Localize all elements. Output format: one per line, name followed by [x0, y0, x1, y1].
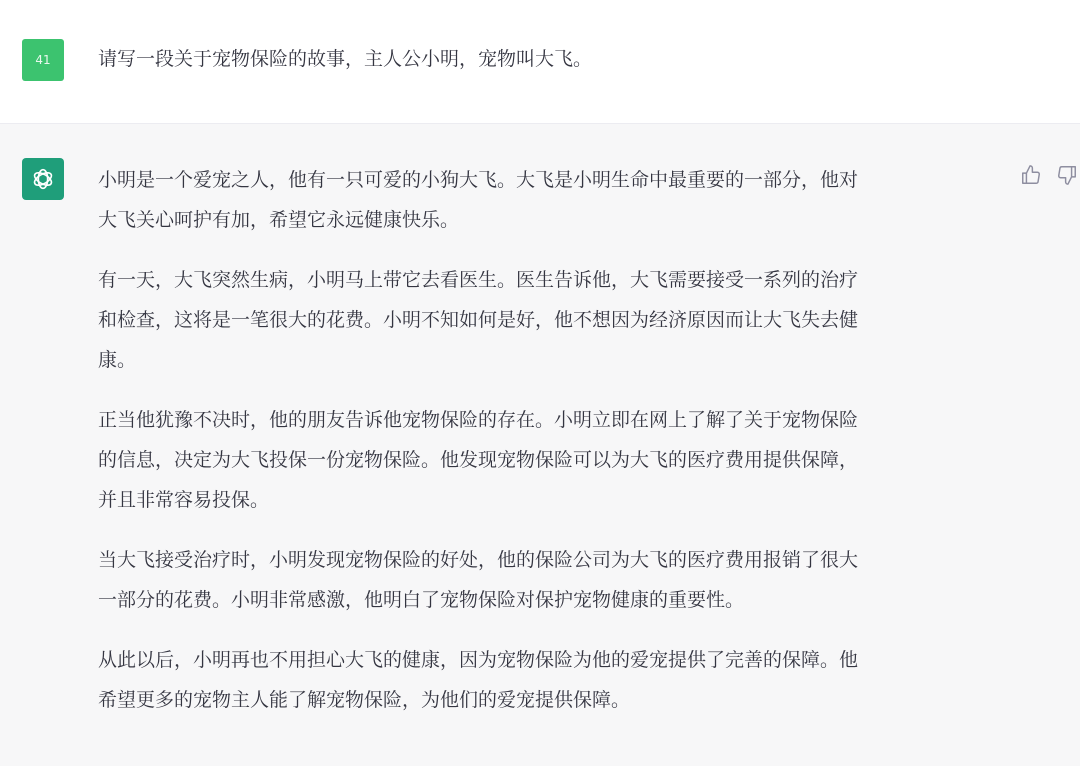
thumbs-down-button[interactable] — [1056, 164, 1078, 186]
assistant-message-content: 小明是一个爱宠之人，他有一只可爱的小狗大飞。大飞是小明生命中最重要的一部分，他对… — [98, 160, 998, 740]
text-line: 一部分的花费。小明非常感激，他明白了宠物保险对保护宠物健康的重要性。 — [98, 589, 744, 611]
paragraph-1: 小明是一个爱宠之人，他有一只可爱的小狗大飞。大飞是小明生命中最重要的一部分，他对… — [98, 160, 998, 240]
text-line: 当大飞接受治疗时，小明发现宠物保险的好处，他的保险公司为大飞的医疗费用报销了很大 — [98, 549, 858, 571]
text-line: 从此以后，小明再也不用担心大飞的健康，因为宠物保险为他的爱宠提供了完善的保障。他 — [98, 649, 858, 671]
thumbs-up-button[interactable] — [1020, 164, 1042, 186]
text-line: 和检查，这将是一笔很大的花费。小明不知如何是好，他不想因为经济原因而让大飞失去健 — [98, 309, 858, 331]
text-line: 正当他犹豫不决时，他的朋友告诉他宠物保险的存在。小明立即在网上了解了关于宠物保险 — [98, 409, 858, 431]
text-line: 康。 — [98, 349, 136, 371]
user-message-text: 请写一段关于宠物保险的故事，主人公小明，宠物叫大飞。 — [98, 45, 592, 73]
text-line: 大飞关心呵护有加，希望它永远健康快乐。 — [98, 209, 459, 231]
text-line: 小明是一个爱宠之人，他有一只可爱的小狗大飞。大飞是小明生命中最重要的一部分，他对 — [98, 169, 858, 191]
user-avatar: 41 — [22, 39, 64, 81]
thumbs-up-icon — [1020, 164, 1042, 186]
assistant-message-row: 小明是一个爱宠之人，他有一只可爱的小狗大飞。大飞是小明生命中最重要的一部分，他对… — [0, 124, 1080, 766]
text-line: 希望更多的宠物主人能了解宠物保险，为他们的爱宠提供保障。 — [98, 689, 630, 711]
text-line: 有一天，大飞突然生病，小明马上带它去看医生。医生告诉他，大飞需要接受一系列的治疗 — [98, 269, 858, 291]
paragraph-5: 从此以后，小明再也不用担心大飞的健康，因为宠物保险为他的爱宠提供了完善的保障。他… — [98, 640, 998, 720]
paragraph-4: 当大飞接受治疗时，小明发现宠物保险的好处，他的保险公司为大飞的医疗费用报销了很大… — [98, 540, 998, 620]
feedback-buttons — [1020, 164, 1078, 186]
user-avatar-label: 41 — [35, 53, 50, 67]
user-message-row: 41 请写一段关于宠物保险的故事，主人公小明，宠物叫大飞。 — [0, 0, 1080, 124]
assistant-avatar — [22, 158, 64, 200]
paragraph-2: 有一天，大飞突然生病，小明马上带它去看医生。医生告诉他，大飞需要接受一系列的治疗… — [98, 260, 998, 380]
thumbs-down-icon — [1056, 164, 1078, 186]
openai-logo-icon — [29, 165, 57, 193]
text-line: 的信息，决定为大飞投保一份宠物保险。他发现宠物保险可以为大飞的医疗费用提供保障， — [98, 449, 858, 471]
text-line: 并且非常容易投保。 — [98, 489, 269, 511]
paragraph-3: 正当他犹豫不决时，他的朋友告诉他宠物保险的存在。小明立即在网上了解了关于宠物保险… — [98, 400, 998, 520]
